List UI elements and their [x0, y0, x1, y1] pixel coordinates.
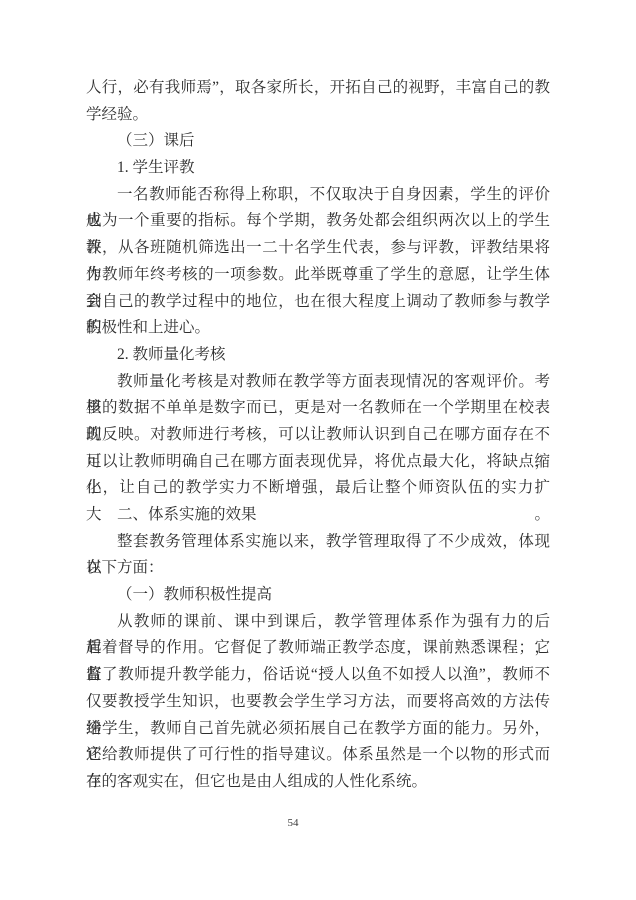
heading-line: 2. 教师量化考核: [86, 342, 550, 369]
body-line: 教师量化考核是对教师在教学等方面表现情况的客观评价。考核: [86, 369, 550, 396]
body-line: 成为一个重要的指标。每个学期，教务处都会组织两次以上的学生评: [86, 208, 550, 235]
body-line: 还给教师提供了可行性的指导建议。体系虽然是一个以物的形式而存: [86, 742, 550, 769]
body-line: 给学生，教师自己首先就必须拓展自己在教学方面的能力。另外，它: [86, 716, 550, 743]
body-line: 到自己的教学过程中的地位，也在很大程度上调动了教师参与教学的: [86, 289, 550, 316]
body-line: 起着督导的作用。它督促了教师端正教学态度，课前熟悉课程；它监: [86, 635, 550, 662]
body-line: 学经验。: [86, 102, 550, 129]
heading-line: 1. 学生评教: [86, 155, 550, 182]
body-line: 为教师年终考核的一项参数。此举既尊重了学生的意愿，让学生体会: [86, 262, 550, 289]
document-body: 人行，必有我师焉”，取各家所长，开拓自己的视野，丰富自己的教学经验。（三）课后1…: [86, 75, 550, 796]
heading-line: （三）课后: [86, 128, 550, 155]
body-line: 在的客观实在，但它也是由人组成的人性化系统。: [86, 769, 550, 796]
body-line: 人行，必有我师焉”，取各家所长，开拓自己的视野，丰富自己的教: [86, 75, 550, 102]
body-line: 化，让自己的教学实力不断增强，最后让整个师资队伍的实力扩大。: [86, 475, 550, 502]
body-line: 以下方面：: [86, 555, 550, 582]
body-line: 督了教师提升教学能力，俗话说“授人以鱼不如授人以渔”，教师不: [86, 662, 550, 689]
body-line: 仅要教授学生知识，也要教会学生学习方法，而要将高效的方法传递: [86, 689, 550, 716]
body-line: 积极性和上进心。: [86, 315, 550, 342]
body-line: 从教师的课前、课中到课后，教学管理体系作为强有力的后盾，: [86, 609, 550, 636]
document-page: 人行，必有我师焉”，取各家所长，开拓自己的视野，丰富自己的教学经验。（三）课后1…: [0, 0, 636, 900]
body-line: 可以让教师明确自己在哪方面表现优异，将优点最大化，将缺点缩小: [86, 449, 550, 476]
body-line: 一名教师能否称得上称职，不仅取决于自身因素，学生的评价也: [86, 182, 550, 209]
body-line: 教，从各班随机筛选出一二十名学生代表，参与评教，评教结果将作: [86, 235, 550, 262]
heading-line: （一）教师积极性提高: [86, 582, 550, 609]
body-line: 里的数据不单单是数字而已，更是对一名教师在一个学期里在校表现: [86, 395, 550, 422]
page-number: 54: [243, 817, 343, 829]
body-line: 整套教务管理体系实施以来，教学管理取得了不少成效，体现在: [86, 529, 550, 556]
body-line: 的反映。对教师进行考核，可以让教师认识到自己在哪方面存在不足，: [86, 422, 550, 449]
